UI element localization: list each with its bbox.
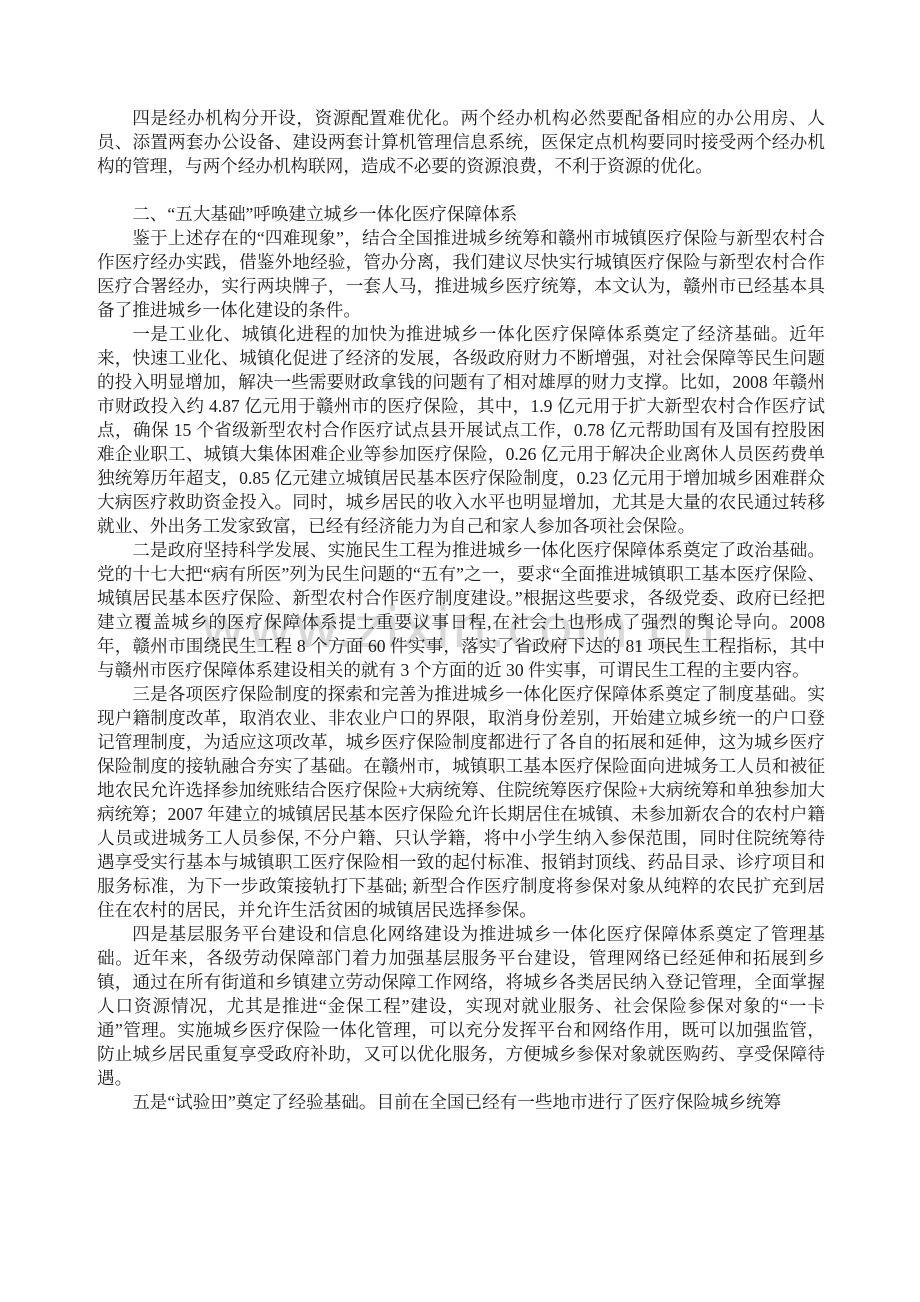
section-heading: 二、“五大基础”呼唤建立城乡一体化医疗保障体系	[97, 202, 825, 226]
paragraph: 五是“试验田”奠定了经验基础。目前在全国已经有一些地市进行了医疗保险城乡统筹	[97, 1090, 825, 1114]
paragraph: 三是各项医疗保险制度的探索和完善为推进城乡一体化医疗保障体系奠定了制度基础。实现…	[97, 682, 825, 922]
document-body: 四是经办机构分开设，资源配置难优化。两个经办机构必然要配备相应的办公用房、人员、…	[97, 106, 825, 1114]
paragraph: 四是经办机构分开设，资源配置难优化。两个经办机构必然要配备相应的办公用房、人员、…	[97, 106, 825, 178]
paragraph: 鉴于上述存在的“四难现象”，结合全国推进城乡统筹和赣州市城镇医疗保险与新型农村合…	[97, 226, 825, 322]
paragraph: 四是基层服务平台建设和信息化网络建设为推进城乡一体化医疗保障体系奠定了管理基础。…	[97, 922, 825, 1090]
paragraph: 一是工业化、城镇化进程的加快为推进城乡一体化医疗保障体系奠定了经济基础。近年来，…	[97, 322, 825, 538]
paragraph: 二是政府坚持科学发展、实施民生工程为推进城乡一体化医疗保障体系奠定了政治基础。党…	[97, 538, 825, 682]
document-page: www.zixin.com.cn 四是经办机构分开设，资源配置难优化。两个经办机…	[0, 0, 920, 1302]
